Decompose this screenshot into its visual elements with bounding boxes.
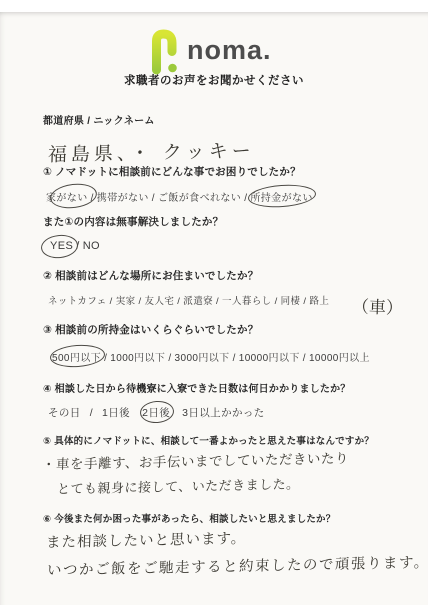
option-separator: / <box>152 193 155 204</box>
option-separator: / <box>275 296 278 307</box>
question-1b: また①の内容は無事解決しましたか？ <box>43 214 223 229</box>
option-2-days-later: 2日後 <box>142 405 170 420</box>
question-1-number: ① <box>43 166 52 178</box>
option-dispatch-dorm: 派遣寮 <box>183 293 213 307</box>
option-cohabiting: 同棲 <box>281 293 301 307</box>
question-1-text: ノマドットに相談前にどんな事でお困りでしたか？ <box>55 166 301 178</box>
option-separator: / <box>139 296 142 307</box>
question-5-text: 具体的にノマドットに、相談して一番よかったと思えた事はなんですか？ <box>54 436 374 447</box>
question-2-text: 相談前はどんな場所にお住まいでしたか？ <box>55 270 258 282</box>
option-over-10000: 10000円以上 <box>309 349 370 364</box>
question-5: ⑤具体的にノマドットに、相談して一番よかったと思えた事はなんですか？ <box>43 433 374 447</box>
question-4-text: 相談した日から待機寮に入寮できた日数は何日かかりましたか？ <box>55 384 351 395</box>
option-no-food: ご飯が食べれない <box>158 189 241 204</box>
question-2-options: ネットカフェ/実家/友人宅/派遣寮/一人暮らし/同棲/路上 <box>48 293 329 307</box>
option-no-house: 家がない <box>46 189 88 204</box>
profile-handwritten-answer: 福島県、・ クッキー <box>48 136 256 167</box>
option-separator: / <box>244 193 247 204</box>
option-friends-home: 友人宅 <box>145 293 175 307</box>
option-same-day: その日 <box>48 405 81 420</box>
option-separator: / <box>177 296 180 307</box>
option-under-3000: 3000円以下 <box>175 349 230 364</box>
option-parents-home: 実家 <box>116 293 136 307</box>
question-1b-text: また①の内容は無事解決しましたか？ <box>43 216 223 228</box>
option-separator: / <box>91 193 94 204</box>
question-4: ④相談した日から待機寮に入寮できた日数は何日かかりましたか？ <box>43 380 350 395</box>
question-2-number: ② <box>43 270 52 282</box>
option-no-phone: 携帯がない <box>97 189 149 204</box>
question-1-options: 家がない/携帯がない/ご飯が食べれない/所持金がない <box>46 189 313 204</box>
logo-text: noma. <box>187 35 272 66</box>
option-3-plus-days: 3日以上かかった <box>182 405 265 420</box>
question-4-options: その日/1日後2日後3日以上かかった <box>48 405 265 420</box>
question-3: ③相談前の所持金はいくらぐらいでしたか？ <box>43 322 258 337</box>
question-5-handwritten-line-1: ・車を手離す、お手伝いまでしていただきいたり <box>42 447 349 473</box>
question-5-number: ⑤ <box>43 436 51 447</box>
question-4-number: ④ <box>43 384 52 395</box>
option-under-1000: 1000円以下 <box>110 349 165 364</box>
option-separator: / <box>104 353 107 364</box>
question-3-text: 相談前の所持金はいくらぐらいでしたか？ <box>55 324 258 336</box>
option-separator: / <box>216 296 219 307</box>
option-separator: / <box>303 353 306 364</box>
option-no: NO <box>83 240 100 252</box>
option-no-money: 所持金がない <box>250 189 312 204</box>
question-5-handwritten-line-2: とても親身に接して、いただきました。 <box>57 473 300 497</box>
question-6: ⑥今後また何か困った事があったら、相談したいと思えましたか？ <box>43 511 335 525</box>
option-yes: YES <box>50 240 73 252</box>
scanned-paper: noma. 求職者のお声をお聞かせください 都道府県 / ニックネーム 福島県、… <box>0 12 428 605</box>
option-under-10000: 10000円以下 <box>239 349 300 364</box>
option-living-alone: 一人暮らし <box>222 293 272 307</box>
option-separator: / <box>168 353 171 364</box>
question-3-options: 500円以下/1000円以下/3000円以下/10000円以下/10000円以上 <box>52 349 370 364</box>
option-separator: / <box>90 407 93 419</box>
profile-label: 都道府県 / ニックネーム <box>43 112 155 127</box>
logo: noma. <box>150 28 272 76</box>
noma-n-icon <box>150 29 178 75</box>
question-6-handwritten-line-1: また相談したいと思います。 <box>46 527 247 552</box>
question-2: ②相談前はどんな場所にお住まいでしたか？ <box>43 268 258 283</box>
question-1: ①ノマドットに相談前にどんな事でお困りでしたか？ <box>43 164 301 179</box>
question-6-text: 今後また何か困った事があったら、相談したいと思えましたか？ <box>54 514 335 525</box>
survey-sheet: noma. 求職者のお声をお聞かせください 都道府県 / ニックネーム 福島県、… <box>0 0 428 605</box>
option-net-cafe: ネットカフェ <box>48 293 107 307</box>
question-2-handwritten-answer: （車） <box>352 292 404 319</box>
option-1-day-later: 1日後 <box>102 405 130 420</box>
option-separator: / <box>76 240 79 252</box>
option-separator: / <box>233 353 236 364</box>
option-separator: / <box>110 296 113 307</box>
question-6-handwritten-line-2: いつかご飯をご馳走すると約束したので頑張ります。 <box>47 551 428 580</box>
question-1b-options: YES/NO <box>50 240 100 252</box>
form-subtitle: 求職者のお声をお聞かせください <box>0 72 428 88</box>
option-street: 路上 <box>309 293 329 307</box>
option-under-500: 500円以下 <box>52 349 101 364</box>
question-3-number: ③ <box>43 324 52 336</box>
option-separator: / <box>303 296 306 307</box>
question-6-number: ⑥ <box>43 514 51 525</box>
